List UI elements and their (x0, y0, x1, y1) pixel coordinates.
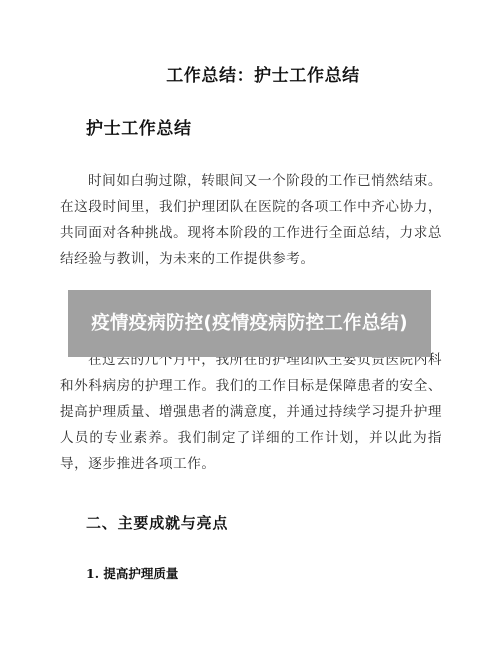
overview-paragraph: 在过去的几个月中，我所在的护理团队主要负责医院内科和外科病房的护理工作。我们的工… (60, 347, 442, 477)
overlay-title-text: 疫情疫病防控(疫情疫病防控工作总结) (91, 310, 408, 337)
title-overlay-banner: 疫情疫病防控(疫情疫病防控工作总结) (68, 290, 431, 357)
document-title: 工作总结：护士工作总结 (0, 61, 500, 86)
document-page: 工作总结：护士工作总结 护士工作总结 时间如白驹过隙，转眼间又一个阶段的工作已悄… (0, 0, 500, 647)
intro-paragraph: 时间如白驹过隙，转眼间又一个阶段的工作已悄然结束。在这段时间里，我们护理团队在医… (60, 168, 442, 272)
achievements-heading: 二、主要成就与亮点 (86, 512, 228, 533)
subheading-improve-quality: 1. 提高护理质量 (86, 564, 178, 582)
section-title: 护士工作总结 (86, 114, 192, 139)
